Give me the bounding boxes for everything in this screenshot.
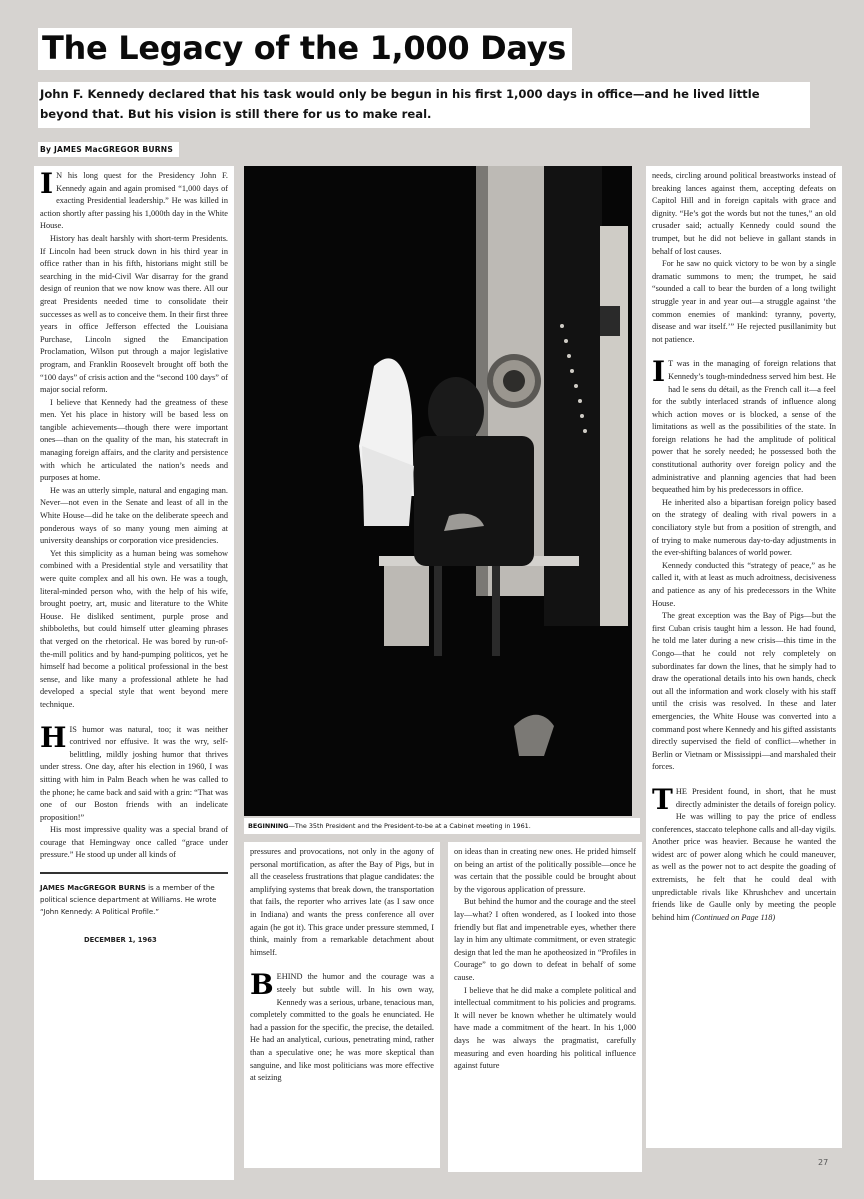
paragraph: pressures and provocations, not only in … [250,846,434,959]
author-name: JAMES MacGREGOR BURNS [40,884,146,892]
headline: The Legacy of the 1,000 Days [38,28,572,70]
paragraph: IT was in the managing of foreign relati… [652,358,836,497]
paragraph: needs, circling around political breastw… [652,170,836,258]
article-photo [244,166,632,816]
paragraph: I believe that Kennedy had the greatness… [40,397,228,485]
dropcap: T [652,788,673,812]
paragraph: His most impressive quality was a specia… [40,824,228,862]
column-middle-b: on ideas than in creating new ones. He p… [448,842,642,1172]
column-middle-a: pressures and provocations, not only in … [244,842,440,1168]
paragraph: For he saw no quick victory to be won by… [652,258,836,346]
paragraph: He inherited also a bipartisan foreign p… [652,497,836,560]
byline: By JAMES MacGREGOR BURNS [38,142,179,157]
caption-label: BEGINNING [248,822,289,830]
dropcap: B [250,973,274,997]
paragraph: HIS humor was natural, too; it was neith… [40,724,228,825]
paragraph: Yet this simplicity as a human being was… [40,548,228,712]
dropcap: H [40,726,66,750]
paragraph: BEHIND the humor and the courage was a s… [250,971,434,1084]
dropcap: I [40,172,53,196]
paragraph: The great exception was the Bay of Pigs—… [652,610,836,774]
paragraph: History has dealt harshly with short-ter… [40,233,228,397]
paragraph: I believe that he did make a complete po… [454,985,636,1073]
column-right: needs, circling around political breastw… [646,166,842,1148]
paragraph: IN his long quest for the Presidency Joh… [40,170,228,233]
issue-date: DECEMBER 1, 1963 [84,934,228,947]
paragraph: Kennedy conducted this “strategy of peac… [652,560,836,610]
divider [40,872,228,874]
dek: John F. Kennedy declared that his task w… [38,82,810,128]
paragraph: THE President found, in short, that he m… [652,786,836,925]
photo-caption: BEGINNING—The 35th President and the Pre… [244,818,640,834]
continued-reference: (Continued on Page 118) [692,913,776,922]
cabinet-meeting-photo-icon [244,166,632,816]
column-left: IN his long quest for the Presidency Joh… [34,166,234,1180]
paragraph: But behind the humor and the courage and… [454,896,636,984]
page-number: 27 [818,1158,828,1167]
author-bio: JAMES MacGREGOR BURNS is a member of the… [40,882,228,918]
dropcap: I [652,360,665,384]
paragraph: on ideas than in creating new ones. He p… [454,846,636,896]
paragraph: He was an utterly simple, natural and en… [40,485,228,548]
